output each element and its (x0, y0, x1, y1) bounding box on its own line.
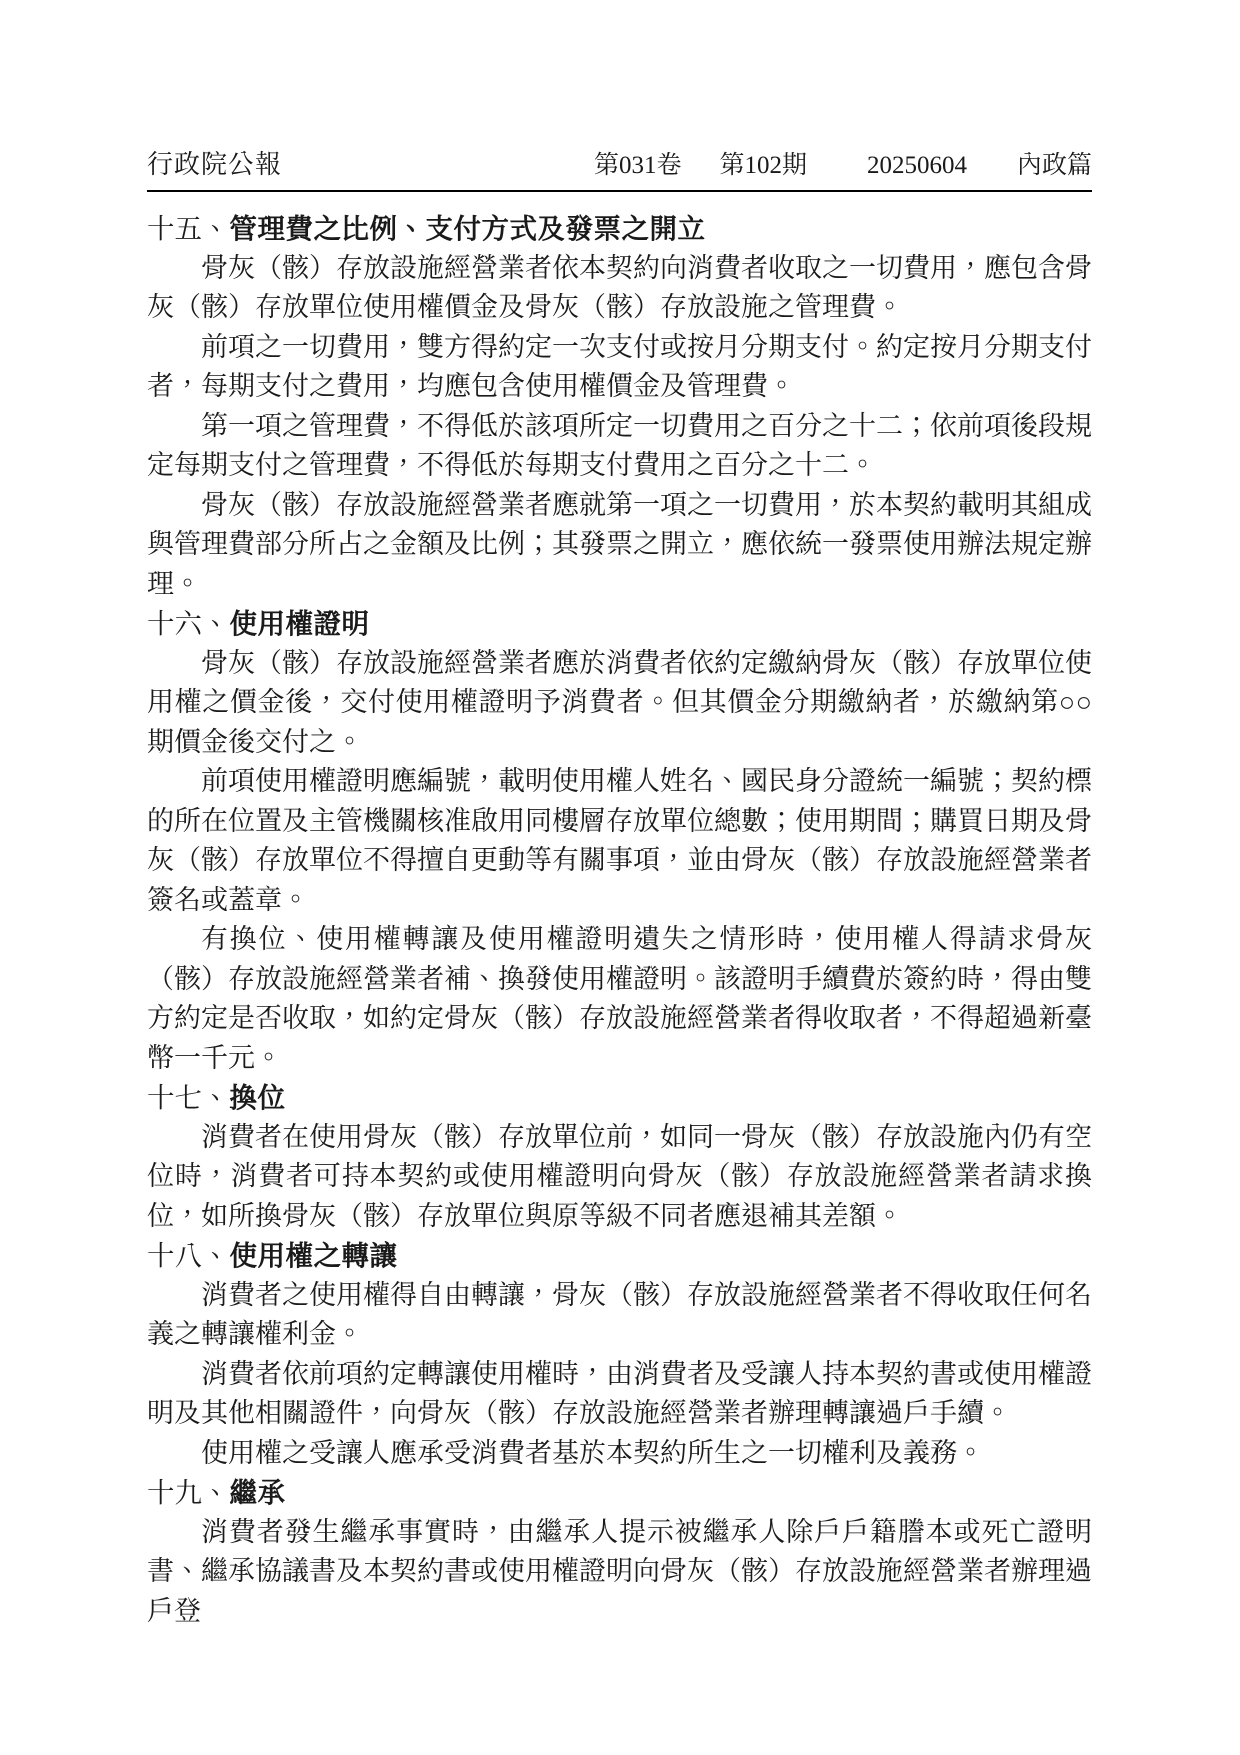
section-heading: 十五、管理費之比例、支付方式及發票之開立 (147, 209, 1092, 249)
section-number: 十九、 (147, 1477, 230, 1508)
section-heading: 十九、繼承 (147, 1473, 1092, 1513)
publication-title: 行政院公報 (147, 149, 282, 181)
section-19: 十九、繼承 消費者發生繼承事實時，由繼承人提示被繼承人除戶戶籍謄本或死亡證明書、… (147, 1473, 1092, 1631)
section-number: 十八、 (147, 1240, 230, 1271)
section-title: 繼承 (230, 1477, 286, 1508)
section-number: 十七、 (147, 1082, 230, 1113)
category-label: 內政篇 (1017, 150, 1092, 182)
section-title: 使用權證明 (230, 608, 370, 639)
volume-label: 第031卷 (594, 150, 682, 182)
paragraph: 骨灰（骸）存放設施經營業者應就第一項之一切費用，於本契約載明其組成與管理費部分所… (147, 486, 1092, 605)
header-meta: 第031卷 第102期 20250604 內政篇 (594, 150, 1092, 182)
paragraph: 骨灰（骸）存放設施經營業者依本契約向消費者收取之一切費用，應包含骨灰（骸）存放單… (147, 249, 1092, 328)
section-number: 十六、 (147, 608, 230, 639)
paragraph: 使用權之受讓人應承受消費者基於本契約所生之一切權利及義務。 (147, 1434, 1092, 1474)
section-17: 十七、換位 消費者在使用骨灰（骸）存放單位前，如同一骨灰（骸）存放設施內仍有空位… (147, 1078, 1092, 1236)
section-18: 十八、使用權之轉讓 消費者之使用權得自由轉讓，骨灰（骸）存放設施經營業者不得收取… (147, 1236, 1092, 1473)
paragraph: 前項之一切費用，雙方得約定一次支付或按月分期支付。約定按月分期支付者，每期支付之… (147, 328, 1092, 407)
paragraph: 第一項之管理費，不得低於該項所定一切費用之百分之十二；依前項後段規定每期支付之管… (147, 407, 1092, 486)
section-15: 十五、管理費之比例、支付方式及發票之開立 骨灰（骸）存放設施經營業者依本契約向消… (147, 209, 1092, 604)
date-label: 20250604 (867, 150, 967, 182)
issue-label: 第102期 (719, 150, 807, 182)
paragraph: 前項使用權證明應編號，載明使用權人姓名、國民身分證統一編號；契約標的所在位置及主… (147, 762, 1092, 920)
section-number: 十五、 (147, 213, 230, 244)
section-title: 使用權之轉讓 (230, 1240, 398, 1271)
header-rule (147, 190, 1092, 192)
section-heading: 十七、換位 (147, 1078, 1092, 1118)
section-title: 管理費之比例、支付方式及發票之開立 (230, 213, 706, 244)
paragraph: 有換位、使用權轉讓及使用權證明遺失之情形時，使用權人得請求骨灰（骸）存放設施經營… (147, 920, 1092, 1078)
section-heading: 十六、使用權證明 (147, 604, 1092, 644)
document-body: 十五、管理費之比例、支付方式及發票之開立 骨灰（骸）存放設施經營業者依本契約向消… (147, 209, 1092, 1631)
paragraph: 消費者發生繼承事實時，由繼承人提示被繼承人除戶戶籍謄本或死亡證明書、繼承協議書及… (147, 1513, 1092, 1632)
paragraph: 消費者在使用骨灰（骸）存放單位前，如同一骨灰（骸）存放設施內仍有空位時，消費者可… (147, 1118, 1092, 1237)
paragraph: 消費者依前項約定轉讓使用權時，由消費者及受讓人持本契約書或使用權證明及其他相關證… (147, 1355, 1092, 1434)
section-title: 換位 (230, 1082, 286, 1113)
section-16: 十六、使用權證明 骨灰（骸）存放設施經營業者應於消費者依約定繳納骨灰（骸）存放單… (147, 604, 1092, 1078)
paragraph: 骨灰（骸）存放設施經營業者應於消費者依約定繳納骨灰（骸）存放單位使用權之價金後，… (147, 644, 1092, 763)
gazette-header: 行政院公報 第031卷 第102期 20250604 內政篇 (147, 149, 1092, 182)
paragraph: 消費者之使用權得自由轉讓，骨灰（骸）存放設施經營業者不得收取任何名義之轉讓權利金… (147, 1276, 1092, 1355)
section-heading: 十八、使用權之轉讓 (147, 1236, 1092, 1276)
